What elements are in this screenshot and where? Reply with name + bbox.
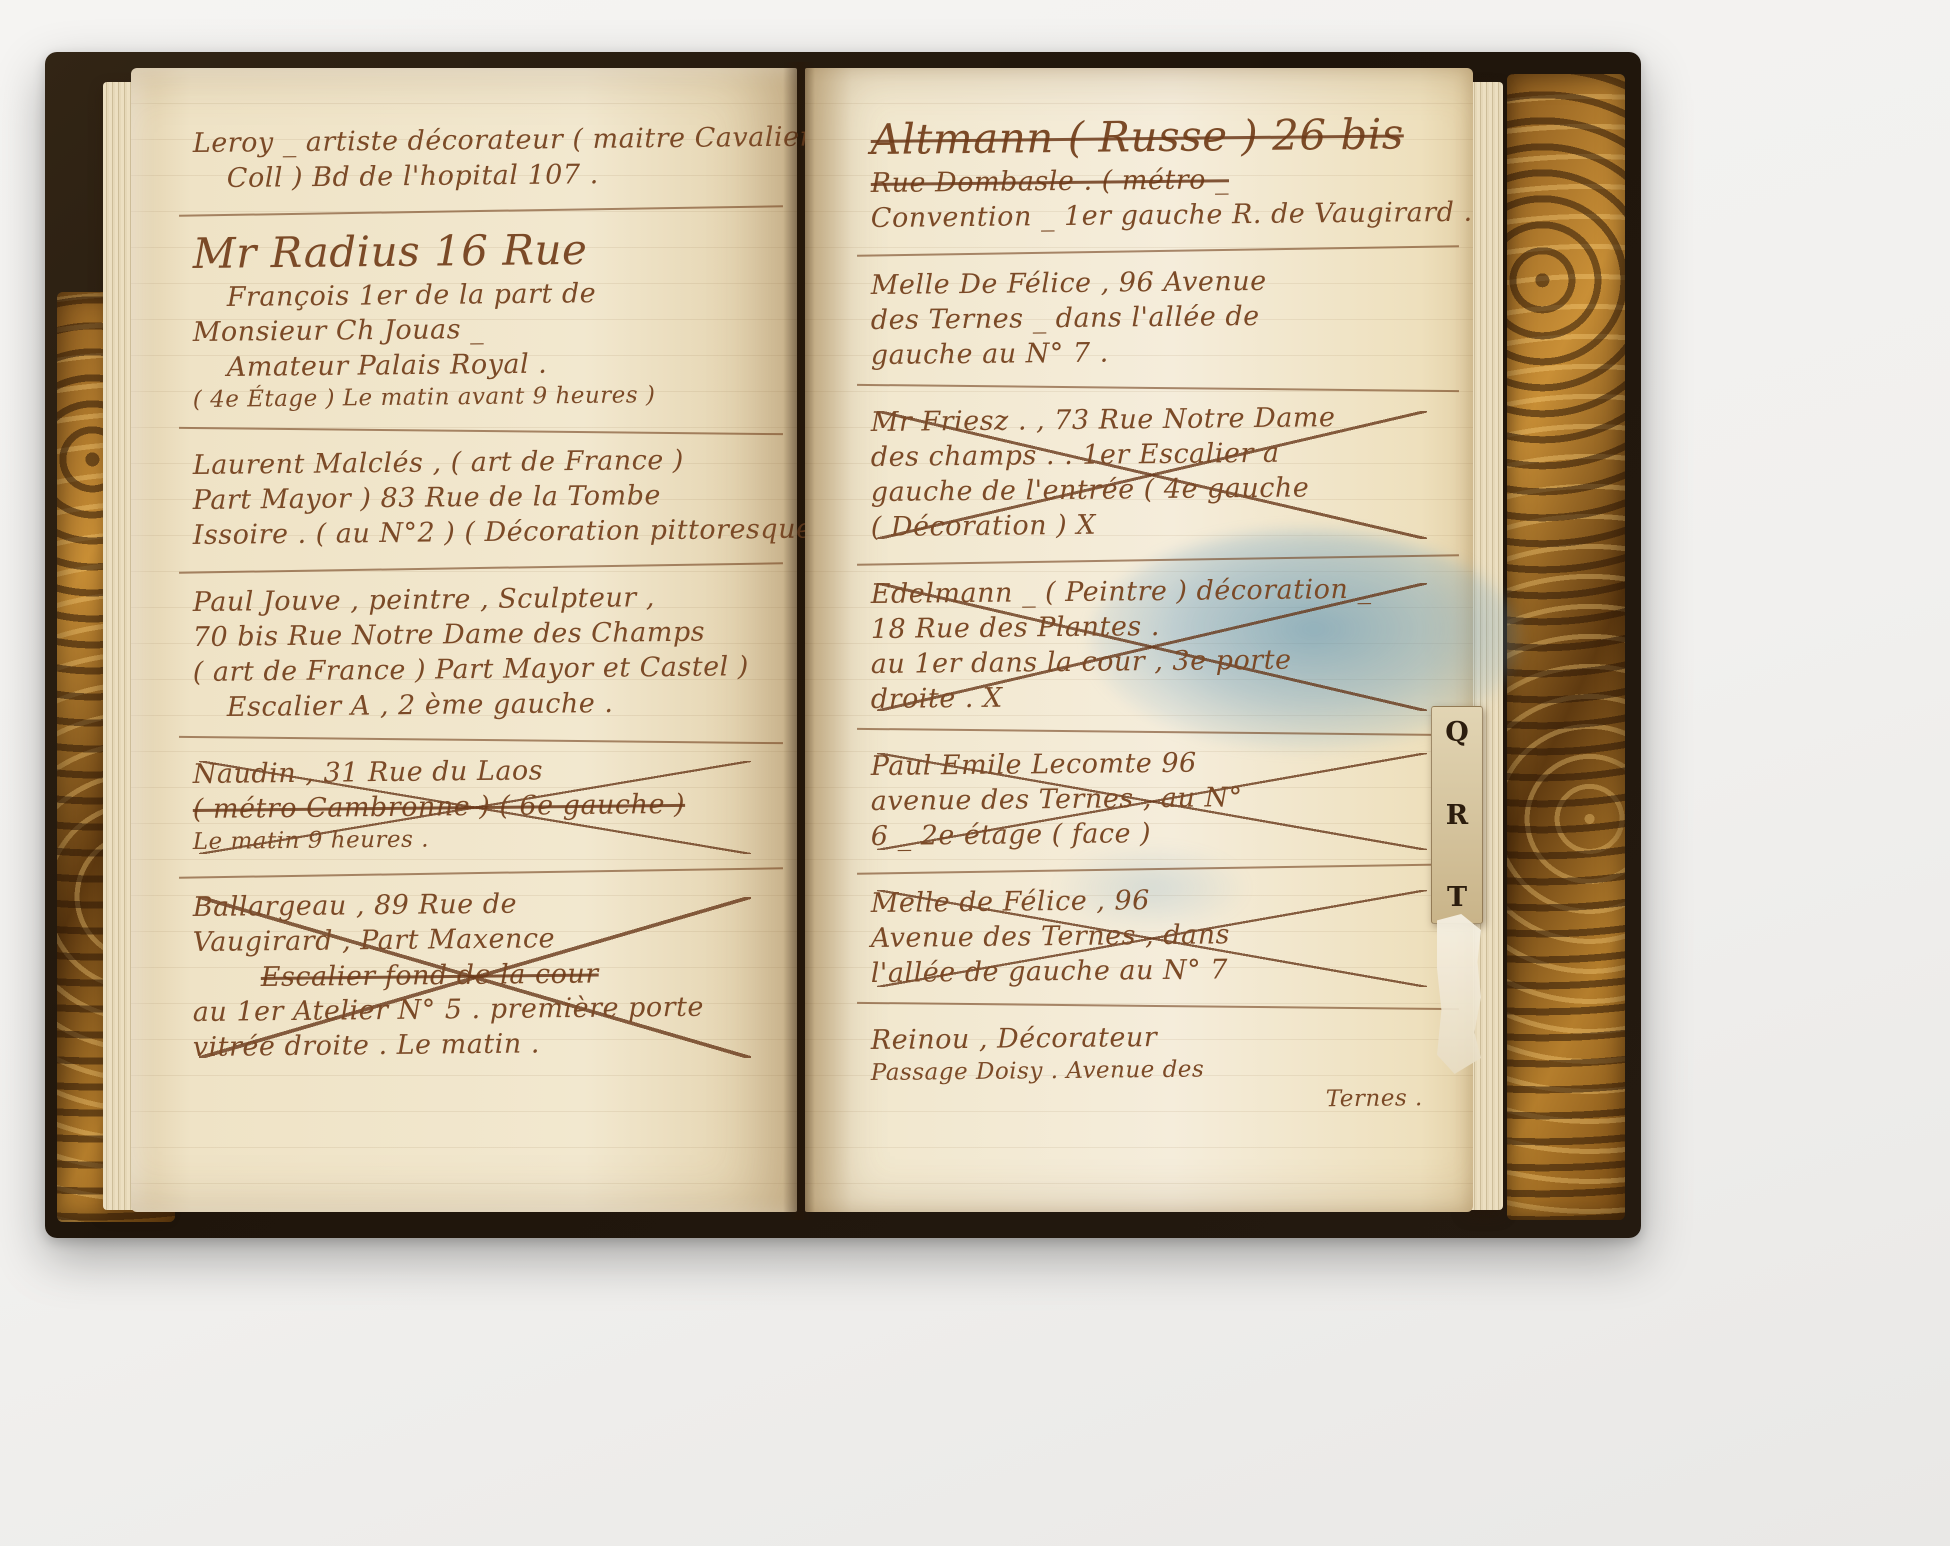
left-page-entries: Leroy _ artiste décorateur ( maitre Cava… <box>131 68 797 1212</box>
notebook-page-left: Leroy _ artiste décorateur ( maitre Cava… <box>131 68 797 1212</box>
separator-line <box>179 867 783 878</box>
entry-malcles: Laurent Malclés , ( art de France )Part … <box>193 448 787 553</box>
separator-line <box>179 427 783 435</box>
index-tab: Q R T <box>1431 706 1483 924</box>
entry-de-felice-1: Melle De Félice , 96 Avenuedes Ternes _ … <box>871 268 1463 373</box>
torn-paper-fragment <box>1437 914 1481 1074</box>
entry-line: Coll ) Bd de l'hopital 107 . <box>227 155 787 196</box>
index-tab-letter: Q <box>1445 717 1469 748</box>
entry-line: ( Décoration ) X <box>871 504 1463 545</box>
entry-edelmann: Edelmann _ ( Peintre ) décoration _18 Ru… <box>871 577 1463 717</box>
separator-line <box>179 736 783 744</box>
entry-line: droite . X <box>871 676 1463 717</box>
entry-line: vitrée droite . Le matin . <box>193 1024 787 1065</box>
entry-line: Altmann ( Russe ) 26 bis <box>870 108 1463 166</box>
separator-line <box>857 863 1459 874</box>
notebook-page-right: Altmann ( Russe ) 26 bisRue Dombasle . (… <box>805 68 1473 1212</box>
separator-line <box>857 554 1459 565</box>
entry-line: Leroy _ artiste décorateur ( maitre Cava… <box>193 120 787 161</box>
entry-line: Ternes . <box>871 1083 1423 1120</box>
index-tab-letter: T <box>1447 882 1467 913</box>
entry-leroy: Leroy _ artiste décorateur ( maitre Cava… <box>193 126 787 196</box>
entry-ballargeau: Ballargeau , 89 Rue deVaugirard , Part M… <box>193 890 787 1065</box>
entry-reinou: Reinou , DécorateurPassage Doisy . Avenu… <box>871 1023 1463 1120</box>
entry-naudin: Naudin , 31 Rue du Laos( métro Cambronne… <box>193 757 787 858</box>
entry-line: ( 4e Étage ) Le matin avant 9 heures ) <box>193 379 787 416</box>
index-tab-letter: R <box>1446 800 1468 831</box>
entry-line: gauche au N° 7 . <box>871 332 1463 373</box>
entry-line: ( art de France ) Part Mayor et Castel ) <box>193 649 787 690</box>
entry-friesz: Mr Friesz . , 73 Rue Notre Damedes champ… <box>871 405 1463 545</box>
separator-line <box>857 384 1459 392</box>
entry-line: 6 _ 2e étage ( face ) <box>871 813 1463 854</box>
entry-line: Mr Radius 16 Rue <box>192 222 787 280</box>
entry-altmann: Altmann ( Russe ) 26 bisRue Dombasle . (… <box>871 114 1463 236</box>
separator-line <box>857 1002 1459 1010</box>
right-page-entries: Altmann ( Russe ) 26 bisRue Dombasle . (… <box>805 68 1473 1212</box>
entry-line: Issoire . ( au N°2 ) ( Décoration pittor… <box>193 512 787 553</box>
separator-line <box>179 205 783 216</box>
separator-line <box>857 245 1459 256</box>
marbled-endpaper-right <box>1507 74 1625 1220</box>
separator-line <box>179 562 783 573</box>
entry-jouve: Paul Jouve , peintre , Sculpteur ,70 bis… <box>193 585 787 725</box>
entry-line: Convention _ 1er gauche R. de Vaugirard … <box>871 195 1463 236</box>
notebook-book: Leroy _ artiste décorateur ( maitre Cava… <box>45 52 1641 1238</box>
entry-line: Escalier A , 2 ème gauche . <box>227 684 787 725</box>
entry-line: Le matin 9 heures . <box>193 821 787 858</box>
entry-line: l'allée de gauche au N° 7 <box>871 950 1463 991</box>
entry-radius: Mr Radius 16 RueFrançois 1er de la part … <box>193 228 787 416</box>
photo-of-open-notebook: { "book": { "left_page": { "entries": [ … <box>0 0 1950 1546</box>
entry-de-felice-2: Melle de Félice , 96Avenue des Ternes , … <box>871 886 1463 991</box>
entry-line: Monsieur Ch Jouas _ <box>193 309 787 350</box>
separator-line <box>857 728 1459 736</box>
entry-line: Vaugirard , Part Maxence <box>193 919 787 960</box>
entry-lecomte: Paul Emile Lecomte 96avenue des Ternes ,… <box>871 749 1463 854</box>
